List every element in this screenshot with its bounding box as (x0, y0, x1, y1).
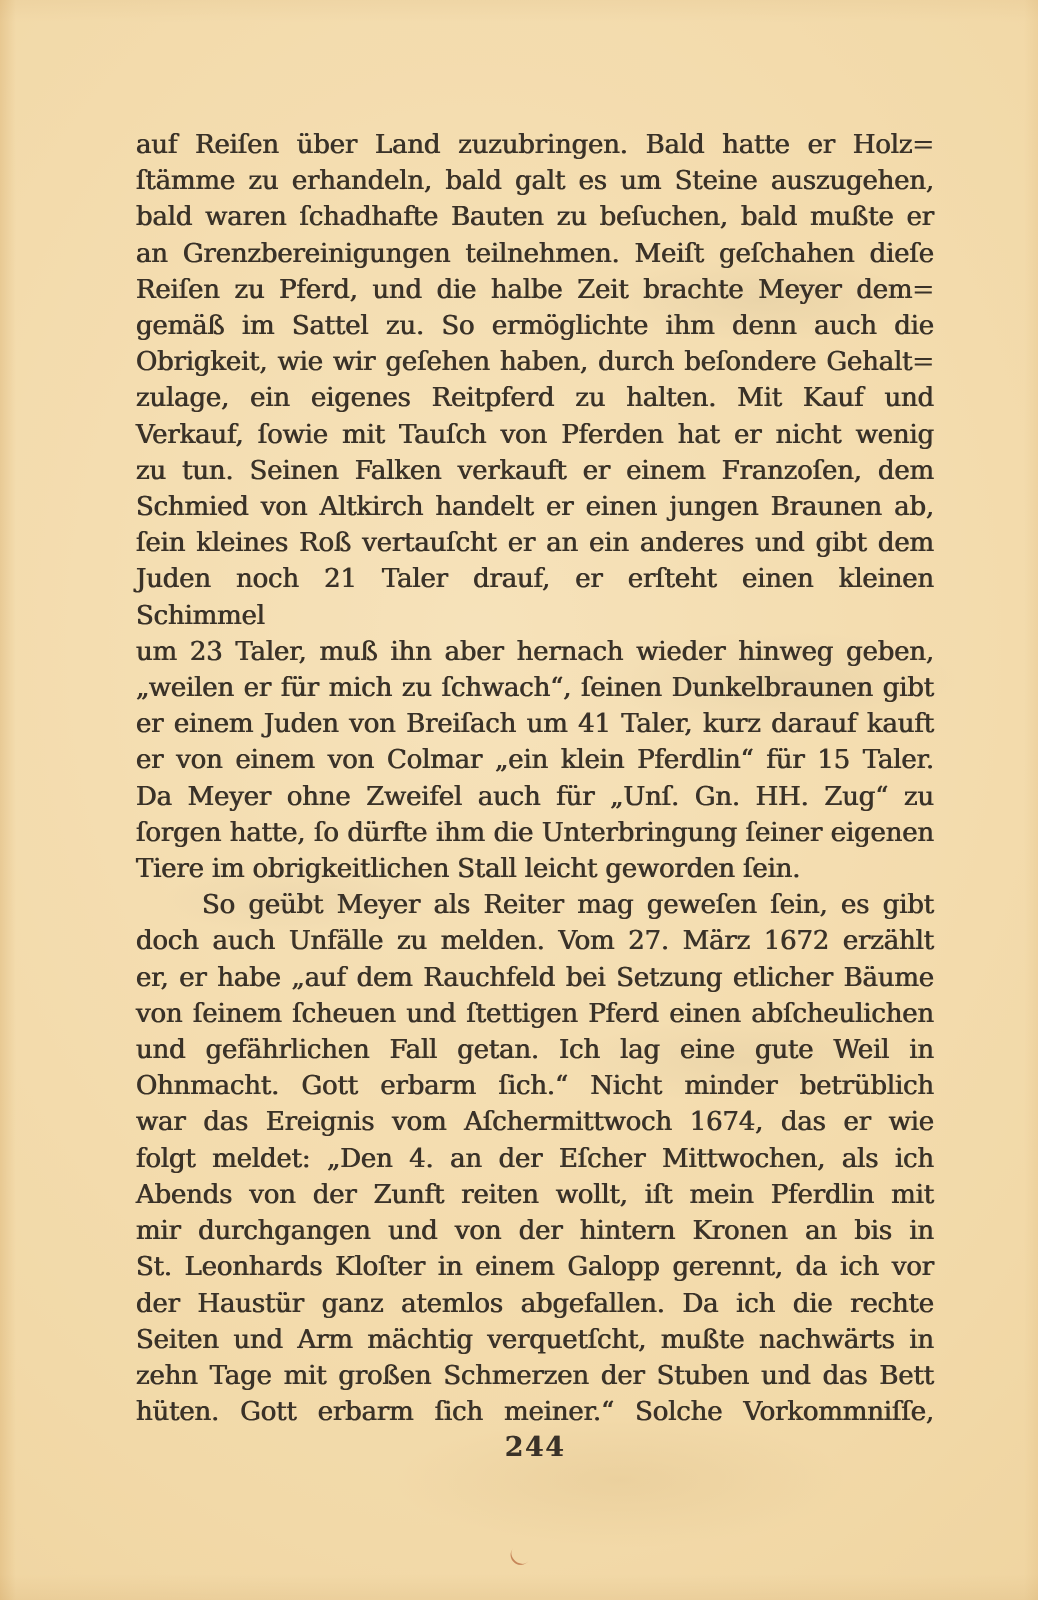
text-line: Abends von der Zunft reiten wollt, iſt m… (136, 1177, 934, 1213)
page-number: 244 (136, 1432, 934, 1463)
text-line: Tiere im obrigkeitlichen Stall leicht ge… (136, 851, 934, 887)
text-line: er von einem von Colmar „ein klein Pferd… (136, 742, 934, 778)
text-line: folgt meldet: „Den 4. an der Eſcher Mitt… (136, 1141, 934, 1177)
text-line: mir durchgangen und von der hintern Kron… (136, 1213, 934, 1249)
text-line: St. Leonhards Kloſter in einem Galopp ge… (136, 1249, 934, 1285)
text-line: zulage, ein eigenes Reitpferd zu halten.… (136, 380, 934, 416)
text-line: Verkauf, ſowie mit Tauſch von Pferden ha… (136, 417, 934, 453)
text-line: gemäß im Sattel zu. So ermöglichte ihm d… (136, 308, 934, 344)
text-line: von ſeinem ſcheuen und ſtettigen Pferd e… (136, 996, 934, 1032)
book-page-scan: { "page": { "number": "244", "language":… (0, 0, 1038, 1600)
text-line: zu tun. Seinen Falken verkauft er einem … (136, 453, 934, 489)
text-line: Juden noch 21 Taler drauf, er erſteht ei… (136, 561, 934, 633)
text-line: Ohnmacht. Gott erbarm ſich.“ Nicht minde… (136, 1068, 934, 1104)
text-line: und gefährlichen Fall getan. Ich lag ein… (136, 1032, 934, 1068)
text-line: hüten. Gott erbarm ſich meiner.“ Solche … (136, 1394, 934, 1430)
page-text: auf Reiſen über Land zuzubringen. Bald h… (136, 127, 934, 1430)
text-line: „weilen er für mich zu ſchwach“, ſeinen … (136, 670, 934, 706)
text-line: ſorgen hatte, ſo dürfte ihm die Unterbri… (136, 815, 934, 851)
paper-fiber-mark (506, 1547, 529, 1569)
text-line: Seiten und Arm mächtig verquetſcht, mußt… (136, 1322, 934, 1358)
text-line: war das Ereignis vom Aſchermittwoch 1674… (136, 1104, 934, 1140)
text-line: um 23 Taler, muß ihn aber hernach wieder… (136, 634, 934, 670)
text-line: bald waren ſchadhafte Bauten zu beſuchen… (136, 199, 934, 235)
text-line: auf Reiſen über Land zuzubringen. Bald h… (136, 127, 934, 163)
text-line: der Haustür ganz atemlos abgefallen. Da … (136, 1286, 934, 1322)
text-line: er einem Juden von Breiſach um 41 Taler,… (136, 706, 934, 742)
text-line: Obrigkeit, wie wir geſehen haben, durch … (136, 344, 934, 380)
text-line: er, er habe „auf dem Rauchfeld bei Setzu… (136, 960, 934, 996)
text-line: ſtämme zu erhandeln, bald galt es um Ste… (136, 163, 934, 199)
text-line: Reiſen zu Pferd, und die halbe Zeit brac… (136, 272, 934, 308)
text-line: So geübt Meyer als Reiter mag geweſen ſe… (136, 887, 934, 923)
text-line: an Grenzbereinigungen teilnehmen. Meiſt … (136, 236, 934, 272)
text-line: doch auch Unfälle zu melden. Vom 27. Mär… (136, 923, 934, 959)
text-line: ſein kleines Roß vertauſcht er an ein an… (136, 525, 934, 561)
text-line: zehn Tage mit großen Schmerzen der Stube… (136, 1358, 934, 1394)
text-line: Da Meyer ohne Zweifel auch für „Unſ. Gn.… (136, 779, 934, 815)
text-line: Schmied von Altkirch handelt er einen ju… (136, 489, 934, 525)
